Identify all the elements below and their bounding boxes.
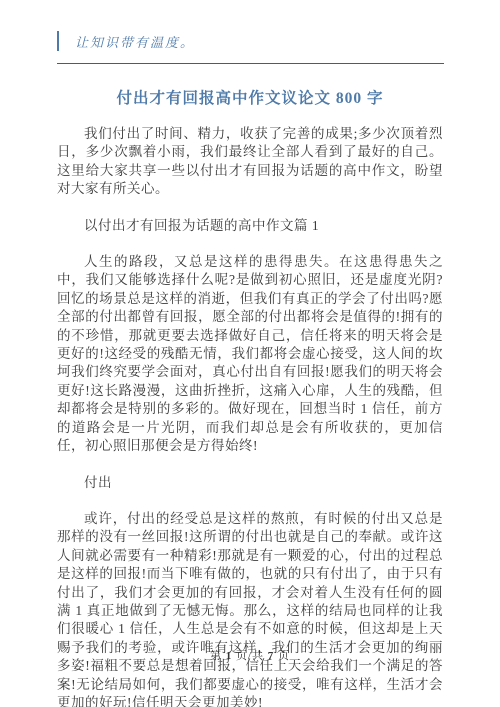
- accent-bar: [57, 31, 59, 51]
- section-heading-2: 付出: [57, 474, 443, 492]
- footer-prefix: 第: [210, 650, 226, 662]
- section-heading-1: 以付出才有回报为话题的高中作文篇 1: [57, 217, 443, 235]
- essay-paragraph-1: 人生的路段，又总是这样的患得患失。在这患得患失之中，我们又能够选择什么呢?是做到…: [57, 253, 443, 455]
- page-title: 付出才有回报高中作文议论文 800 字: [40, 86, 460, 108]
- document-page: 让知识带有温度。 付出才有回报高中作文议论文 800 字 我们付出了时间、精力，…: [0, 0, 500, 707]
- header-divider: [57, 63, 444, 64]
- page-header: 让知识带有温度。: [57, 30, 443, 52]
- essay-paragraph-2: 或许，付出的经受总是这样的熬煎，有时候的付出又总是那样的没有一丝回报!这所谓的付…: [57, 510, 443, 707]
- essay-content: 我们付出了时间、精力，收获了完善的成果;多少次顶着烈日，多少次飘着小雨，我们最终…: [57, 125, 443, 707]
- page-footer: 第 1 页/共 7 页: [0, 647, 500, 663]
- intro-paragraph: 我们付出了时间、精力，收获了完善的成果;多少次顶着烈日，多少次飘着小雨，我们最终…: [57, 125, 443, 199]
- footer-suffix: 页: [274, 650, 290, 662]
- footer-mid: 页/共: [232, 650, 268, 662]
- header-slogan: 让知识带有温度。: [75, 32, 195, 51]
